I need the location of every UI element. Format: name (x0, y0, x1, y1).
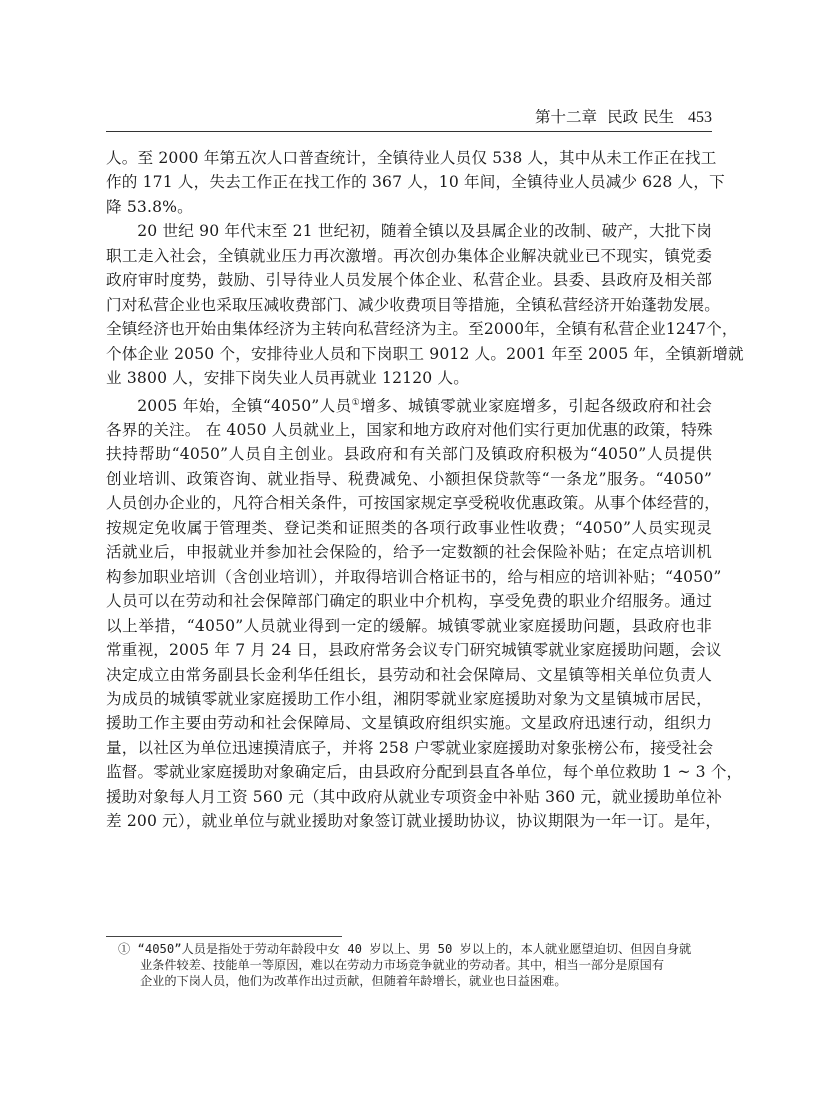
footnote: ① “4050”人员是指处于劳动年龄段中女 40 岁以上、男 50 岁以上的，本… (118, 941, 708, 989)
footnote-line: 业条件较差、技能单一等原因，难以在劳动力市场竞争就业的劳动者。其中，相当一部分是… (118, 957, 708, 973)
text-line: 按规定免收属于管理类、登记类和证照类的各项行政事业性收费；“4050”人员实现灵 (106, 516, 712, 540)
text-line: 构参加职业培训（含创业培训），并取得培训合格证书的，给与相应的培训补贴；“405… (106, 565, 712, 589)
text-line: 个体企业 2050 个，安排待业人员和下岗职工 9012 人。2001 年至 2… (106, 342, 712, 366)
text-line: 职工走入社会，全镇就业压力再次激增。再次创办集体企业解决就业已不现实，镇党委 (106, 244, 712, 268)
text-line: 业 3800 人，安排下岗失业人员再就业 12120 人。 (106, 366, 712, 390)
text-line: 决定成立由常务副县长金利华任组长，县劳动和社会保障局、文星镇等相关单位负责人 (106, 663, 712, 687)
text-line: 量，以社区为单位迅速摸清底子，并将 258 户零就业家庭援助对象张榜公布，接受社… (106, 736, 712, 760)
text-line: 政府审时度势，鼓励、引导待业人员发展个体企业、私营企业。县委、县政府及相关部 (106, 268, 712, 292)
paragraph-1: 人。至 2000 年第五次人口普查统计，全镇待业人员仅 538 人，其中从未工作… (106, 146, 712, 219)
page-number: 453 (688, 109, 712, 127)
text-line: 人员创办企业的，凡符合相关条件，可按国家规定享受税收优惠政策。从事个体经营的， (106, 491, 712, 515)
text-line: 以上举措，“4050”人员就业得到一定的缓解。城镇零就业家庭援助问题，县政府也非 (106, 614, 712, 638)
footnote-line: 企业的下岗人员，他们为改革作出过贡献，但随着年龄增长，就业也日益困难。 (118, 973, 708, 989)
text-line: 各界的关注。 在 4050 人员就业上，国家和地方政府对他们实行更加优惠的政策，… (106, 418, 712, 442)
text-line: 常重视，2005 年 7 月 24 日，县政府常务会议专门研究城镇零就业家庭援助… (106, 638, 712, 662)
chapter-title: 第十二章 (535, 105, 597, 127)
paragraph-3: 2005 年始，全镇“4050”人员①增多、城镇零就业家庭增多，引起各级政府和社… (106, 391, 712, 834)
body-text: 人。至 2000 年第五次人口普查统计，全镇待业人员仅 538 人，其中从未工作… (106, 146, 712, 834)
text-line: 扶持帮助“4050”人员自主创业。县政府和有关部门及镇政府积极为“4050”人员… (106, 442, 712, 466)
text-line: 全镇经济也开始由集体经济为主转向私营经济为主。至2000年，全镇有私营企业124… (106, 317, 712, 341)
footnote-divider (106, 936, 342, 937)
text-line: 2005 年始，全镇“4050”人员①增多、城镇零就业家庭增多，引起各级政府和社… (106, 391, 712, 418)
text-line: 监督。零就业家庭援助对象确定后，由县政府分配到县直各单位，每个单位救助 1 ~ … (106, 760, 712, 784)
text-line: 门对私营企业也采取压减收费部门、减少收费项目等措施，全镇私营经济开始蓬勃发展。 (106, 293, 712, 317)
footnote-text: “4050”人员是指处于劳动年龄段中女 40 岁以上、男 50 岁以上的，本人就… (138, 942, 692, 956)
text-segment: 2005 年始，全镇“4050”人员 (137, 397, 351, 415)
running-header: 第十二章 民政 民生 453 (106, 108, 712, 132)
section-title: 民政 民生 (607, 105, 674, 127)
footnote-line: ① “4050”人员是指处于劳动年龄段中女 40 岁以上、男 50 岁以上的，本… (118, 941, 708, 957)
text-line: 人员可以在劳动和社会保障部门确定的职业中介机构，享受免费的职业介绍服务。通过 (106, 589, 712, 613)
text-line: 降 53.8%。 (106, 195, 712, 219)
text-line: 创业培训、政策咨询、就业指导、税费减免、小额担保贷款等“一条龙”服务。“4050… (106, 467, 712, 491)
text-line: 人。至 2000 年第五次人口普查统计，全镇待业人员仅 538 人，其中从未工作… (106, 146, 712, 170)
text-line: 差 200 元），就业单位与就业援助对象签订就业援助协议，协议期限为一年一订。是… (106, 809, 712, 833)
text-line: 援助工作主要由劳动和社会保障局、文星镇政府组织实施。文星政府迅速行动，组织力 (106, 711, 712, 735)
footnote-number: ① (118, 942, 130, 956)
text-line: 活就业后，申报就业并参加社会保险的，给予一定数额的社会保险补贴；在定点培训机 (106, 540, 712, 564)
text-line: 作的 171 人，失去工作正在找工作的 367 人，10 年间，全镇待业人员减少… (106, 170, 712, 194)
text-line: 援助对象每人月工资 560 元（其中政府从就业专项资金中补贴 360 元，就业援… (106, 785, 712, 809)
text-segment: 增多、城镇零就业家庭增多，引起各级政府和社会 (360, 397, 712, 415)
text-line: 为成员的城镇零就业家庭援助工作小组，湘阴零就业家庭援助对象为文星镇城市居民， (106, 687, 712, 711)
paragraph-2: 20 世纪 90 年代末至 21 世纪初，随着全镇以及县属企业的改制、破产，大批… (106, 219, 712, 390)
text-line: 20 世纪 90 年代末至 21 世纪初，随着全镇以及县属企业的改制、破产，大批… (106, 219, 712, 243)
footnote-marker[interactable]: ① (352, 398, 360, 408)
